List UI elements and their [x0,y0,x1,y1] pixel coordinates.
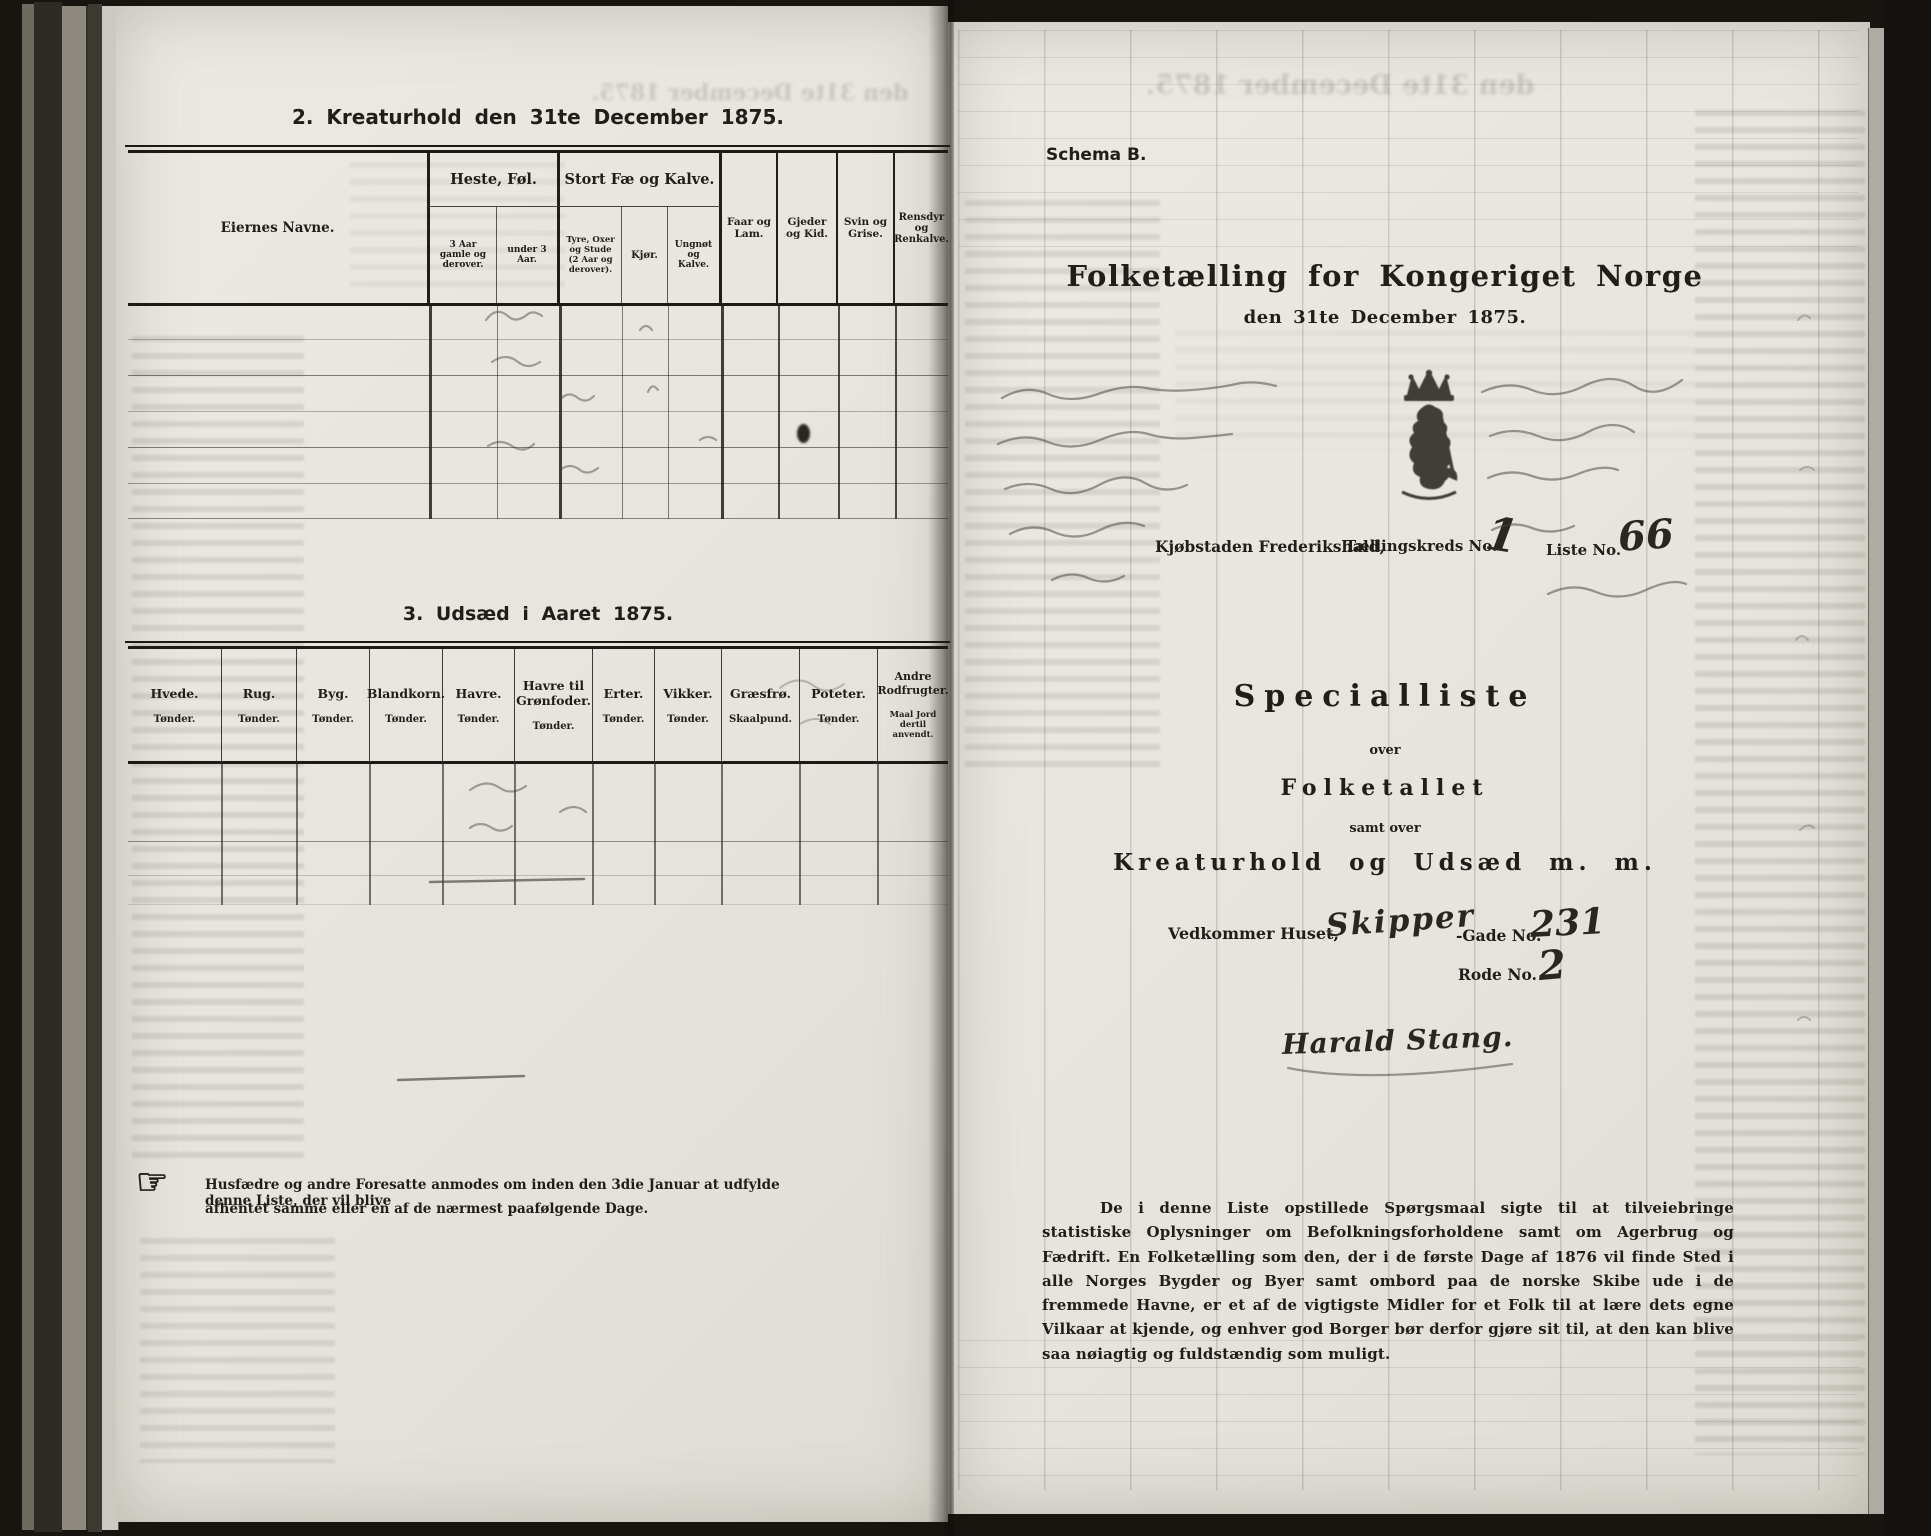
scanned-census-spread: den 31te December 1875. den 31te Decembe… [0,0,1931,1536]
handwriting-scribbles-overlay [0,0,1931,1536]
